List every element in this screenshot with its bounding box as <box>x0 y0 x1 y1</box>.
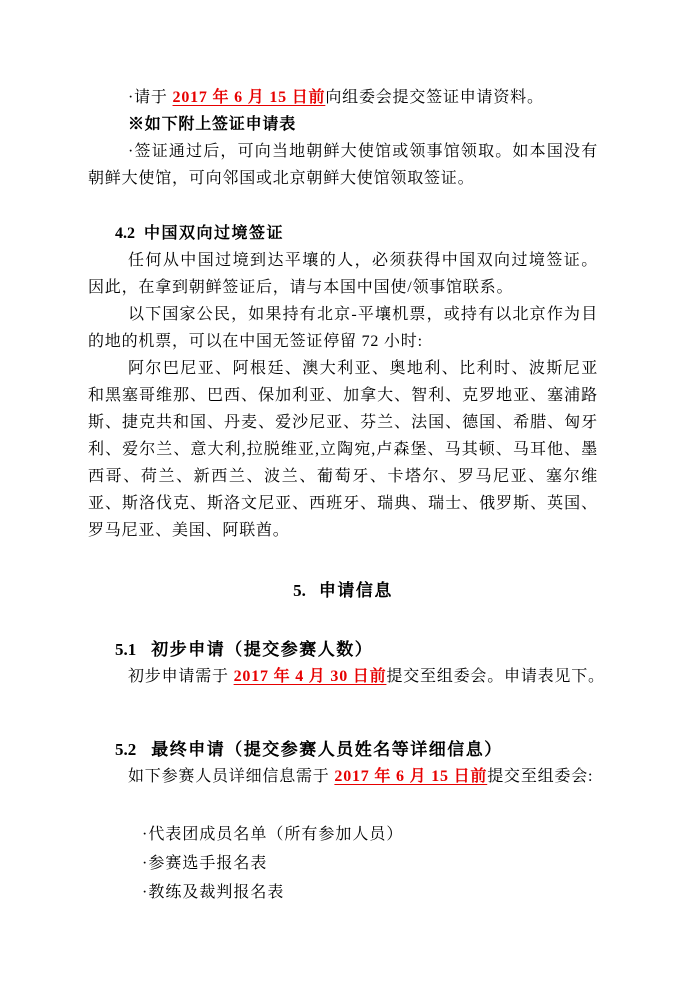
transit-paragraph-1: 任何从中国过境到达平壤的人，必须获得中国双向过境签证。因此，在拿到朝鲜签证后，请… <box>88 247 598 301</box>
preliminary-deadline-suffix: 提交至组委会。申请表见下。 <box>386 668 604 685</box>
visa-form-note: ※如下附上签证申请表 <box>88 111 598 138</box>
final-deadline-date: 2017 年 6 月 15 日前 <box>334 768 487 785</box>
visa-deadline-suffix: 向组委会提交签证申请资料。 <box>325 89 543 106</box>
final-deadline-suffix: 提交至组委会: <box>487 768 593 785</box>
preliminary-subheading: 5.1初步申请（提交参赛人数） <box>88 636 598 663</box>
visa-deadline-line: ·请于 2017 年 6 月 15 日前向组委会提交签证申请资料。 <box>88 84 598 111</box>
document-page: ·请于 2017 年 6 月 15 日前向组委会提交签证申请资料。 ※如下附上签… <box>0 0 700 990</box>
final-subheading: 5.2最终申请（提交参赛人员姓名等详细信息） <box>88 736 598 763</box>
preliminary-deadline-date: 2017 年 4 月 30 日前 <box>234 668 387 685</box>
application-heading-number: 5. <box>293 581 306 600</box>
preliminary-title: 初步申请（提交参赛人数） <box>151 640 373 659</box>
required-doc-item: ·教练及裁判报名表 <box>142 878 598 907</box>
transit-paragraph-2: 以下国家公民，如果持有北京-平壤机票，或持有以北京作为目的地的机票，可以在中国无… <box>88 301 598 355</box>
transit-heading-title: 中国双向过境签证 <box>144 225 284 242</box>
preliminary-deadline-line: 初步申请需于 2017 年 4 月 30 日前提交至组委会。申请表见下。 <box>88 663 598 690</box>
required-doc-item: ·代表团成员名单（所有参加人员） <box>142 820 598 849</box>
application-section-heading: 5.申请信息 <box>88 577 598 604</box>
transit-section-heading: 4.2中国双向过境签证 <box>88 220 598 247</box>
visa-deadline-prefix: ·请于 <box>128 89 173 106</box>
visa-deadline-date: 2017 年 6 月 15 日前 <box>173 89 326 106</box>
application-heading-title: 申请信息 <box>319 581 393 600</box>
final-number: 5.2 <box>115 740 136 759</box>
transit-countries-paragraph: 阿尔巴尼亚、阿根廷、澳大利亚、奥地利、比利时、波斯尼亚和黑塞哥维那、巴西、保加利… <box>88 355 598 544</box>
final-deadline-line: 如下参赛人员详细信息需于 2017 年 6 月 15 日前提交至组委会: <box>88 763 598 790</box>
preliminary-number: 5.1 <box>115 640 136 659</box>
final-title: 最终申请（提交参赛人员姓名等详细信息） <box>151 740 503 759</box>
required-docs-list: ·代表团成员名单（所有参加人员） ·参赛选手报名表 ·教练及裁判报名表 <box>88 820 598 907</box>
transit-heading-number: 4.2 <box>115 225 135 242</box>
preliminary-deadline-prefix: 初步申请需于 <box>128 668 234 685</box>
visa-pickup-paragraph: ·签证通过后，可向当地朝鲜大使馆或领事馆领取。如本国没有朝鲜大使馆，可向邻国或北… <box>88 138 598 192</box>
final-deadline-prefix: 如下参赛人员详细信息需于 <box>128 768 334 785</box>
required-doc-item: ·参赛选手报名表 <box>142 849 598 878</box>
